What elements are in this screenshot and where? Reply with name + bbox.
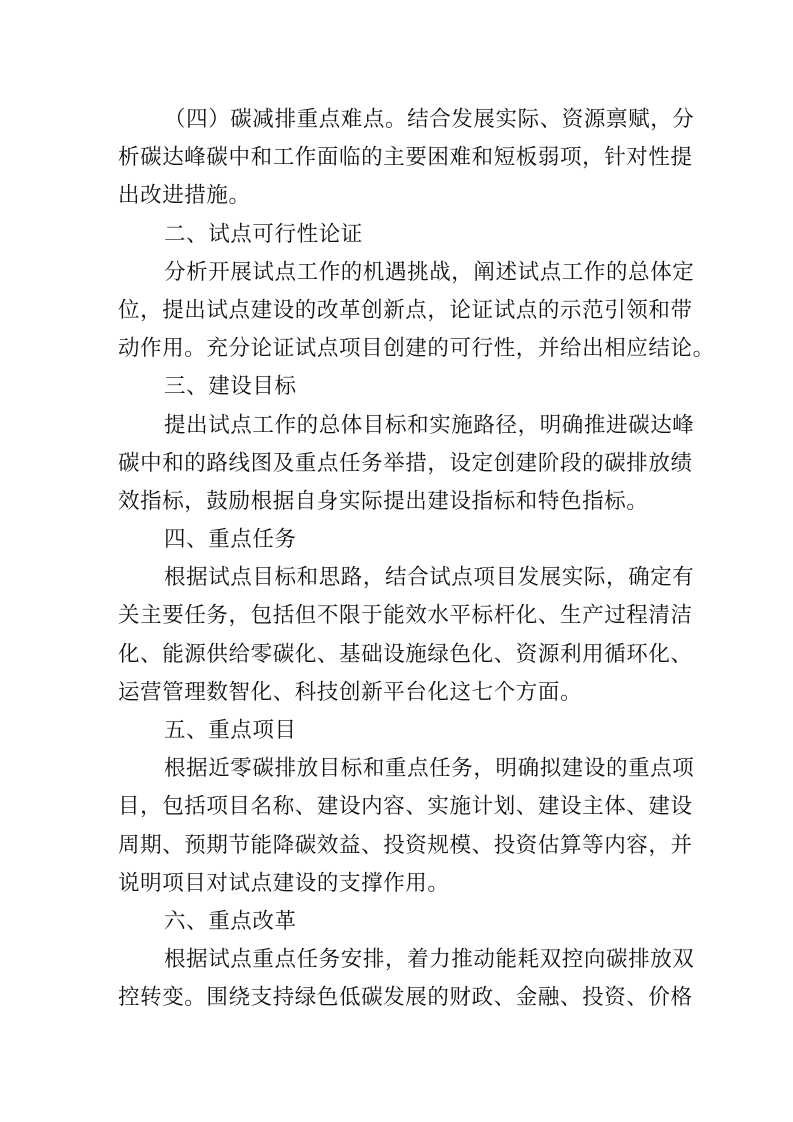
paragraph-key-tasks: 根据试点目标和思路，结合试点项目发展实际，确定有 关主要任务，包括但不限于能效水… bbox=[118, 559, 678, 712]
paragraph-goals: 提出试点工作的总体目标和实施路径，明确推进碳达峰 碳中和的路线图及重点任务举措，… bbox=[118, 407, 678, 522]
text-line: 控转变。围绕支持绿色低碳发展的财政、金融、投资、价格 bbox=[118, 979, 678, 1017]
paragraph-feasibility: 分析开展试点工作的机遇挑战，阐述试点工作的总体定 位，提出试点建设的改革创新点，… bbox=[118, 254, 678, 369]
section-heading-goals: 三、建设目标 bbox=[118, 368, 678, 406]
section-heading-key-tasks: 四、重点任务 bbox=[118, 521, 678, 559]
section-heading-key-reforms: 六、重点改革 bbox=[118, 903, 678, 941]
text-line: 根据试点目标和思路，结合试点项目发展实际，确定有 bbox=[118, 559, 678, 597]
text-line: 碳中和的路线图及重点任务举措，设定创建阶段的碳排放绩 bbox=[118, 445, 678, 483]
document-page: （四）碳减排重点难点。结合发展实际、资源禀赋，分 析碳达峰碳中和工作面临的主要困… bbox=[118, 101, 678, 1018]
text-line: （四）碳减排重点难点。结合发展实际、资源禀赋，分 bbox=[118, 101, 678, 139]
paragraph-key-reforms: 根据试点重点任务安排，着力推动能耗双控向碳排放双 控转变。围绕支持绿色低碳发展的… bbox=[118, 941, 678, 1017]
text-line: 分析开展试点工作的机遇挑战，阐述试点工作的总体定 bbox=[118, 254, 678, 292]
text-line: 运营管理数智化、科技创新平台化这七个方面。 bbox=[118, 674, 678, 712]
text-line: 周期、预期节能降碳效益、投资规模、投资估算等内容，并 bbox=[118, 827, 678, 865]
section-heading-feasibility: 二、试点可行性论证 bbox=[118, 216, 678, 254]
text-line: 出改进措施。 bbox=[118, 177, 678, 215]
text-line: 根据近零碳排放目标和重点任务，明确拟建设的重点项 bbox=[118, 750, 678, 788]
text-line: 析碳达峰碳中和工作面临的主要困难和短板弱项，针对性提 bbox=[118, 139, 678, 177]
text-line: 根据试点重点任务安排，着力推动能耗双控向碳排放双 bbox=[118, 941, 678, 979]
paragraph-key-projects: 根据近零碳排放目标和重点任务，明确拟建设的重点项 目，包括项目名称、建设内容、实… bbox=[118, 750, 678, 903]
text-line: 动作用。充分论证试点项目创建的可行性，并给出相应结论。 bbox=[118, 330, 678, 368]
section-heading-key-projects: 五、重点项目 bbox=[118, 712, 678, 750]
text-line: 提出试点工作的总体目标和实施路径，明确推进碳达峰 bbox=[118, 407, 678, 445]
text-line: 目，包括项目名称、建设内容、实施计划、建设主体、建设 bbox=[118, 788, 678, 826]
text-line: 关主要任务，包括但不限于能效水平标杆化、生产过程清洁 bbox=[118, 597, 678, 635]
text-line: 位，提出试点建设的改革创新点，论证试点的示范引领和带 bbox=[118, 292, 678, 330]
text-line: 说明项目对试点建设的支撑作用。 bbox=[118, 865, 678, 903]
paragraph-carbon-reduction-difficulties: （四）碳减排重点难点。结合发展实际、资源禀赋，分 析碳达峰碳中和工作面临的主要困… bbox=[118, 101, 678, 216]
text-line: 效指标，鼓励根据自身实际提出建设指标和特色指标。 bbox=[118, 483, 678, 521]
text-line: 化、能源供给零碳化、基础设施绿色化、资源利用循环化、 bbox=[118, 636, 678, 674]
